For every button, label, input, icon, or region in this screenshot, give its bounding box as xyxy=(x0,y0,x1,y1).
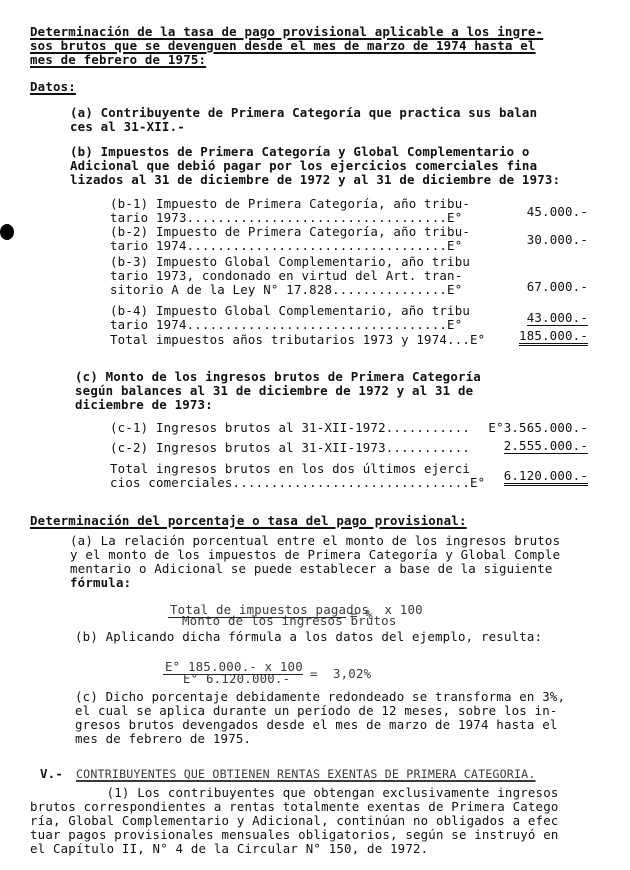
text-line: (b-1) Impuesto de Primera Categoría, año… xyxy=(110,197,470,211)
total-amount: 6.120.000.- xyxy=(504,469,588,486)
text-line: (1) Los contribuyentes que obtengan excl… xyxy=(30,786,559,800)
text-line: tario 1973, condonado en virtud del Art.… xyxy=(110,269,462,283)
text-line: (b) Impuestos de Primera Categoría y Glo… xyxy=(70,145,530,159)
text-line: mes de febrero de 1975. xyxy=(75,732,251,746)
text-line: y el monto de los impuestos de Primera C… xyxy=(70,548,560,562)
title-line: Determinación de la tasa de pago provisi… xyxy=(30,25,543,39)
text-line: (a) Contribuyente de Primera Categoría q… xyxy=(70,106,537,120)
text-line: sitorio A de la Ley N° 17.828...........… xyxy=(110,283,462,297)
text-line: gresos brutos devengados desde el mes de… xyxy=(75,718,558,732)
document-page: Determinación de la tasa de pago provisi… xyxy=(0,0,630,870)
text-line: mentario o Adicional se puede establecer… xyxy=(70,562,553,576)
text-line: diciembre de 1973: xyxy=(75,398,213,412)
text-line: (c-1) Ingresos brutos al 31-XII-1972....… xyxy=(110,421,470,435)
text-line: cios comerciales........................… xyxy=(110,476,485,490)
text-line: tario 1974..............................… xyxy=(110,239,462,253)
binder-hole-mark xyxy=(0,224,14,240)
text-line: el cual se aplica durante un período de … xyxy=(75,704,558,718)
text-line: fórmula: xyxy=(70,576,131,590)
text-line: el Capítulo II, N° 4 de la Circular N° 1… xyxy=(30,842,428,856)
section-heading: Determinación del porcentaje o tasa del … xyxy=(30,514,467,528)
text-line: (b-3) Impuesto Global Complementario, añ… xyxy=(110,255,470,269)
section-heading: CONTRIBUYENTES QUE OBTIENEN RENTAS EXENT… xyxy=(76,767,536,781)
title-line: sos brutos que se devenguen desde el mes… xyxy=(30,39,536,53)
formula-result: = % xyxy=(350,608,373,622)
amount: 67.000.- xyxy=(527,280,588,294)
total-amount: 185.000.- xyxy=(519,329,588,346)
text-line: según balances al 31 de diciembre de 197… xyxy=(75,384,473,398)
text-line: Adicional que debió pagar por los ejerci… xyxy=(70,159,537,173)
amount: 43.000.- xyxy=(527,311,588,326)
example-result: = 3,02% xyxy=(310,667,371,681)
datos-heading: Datos: xyxy=(30,80,76,94)
text-line: (b-2) Impuesto de Primera Categoría, año… xyxy=(110,225,470,239)
amount: 2.555.000.- xyxy=(504,439,588,454)
amount: E°3.565.000.- xyxy=(488,421,588,435)
text-line: ría, Global Complementario y Adicional, … xyxy=(30,814,559,828)
total-label: Total impuestos años tributarios 1973 y … xyxy=(110,333,485,347)
text-line: (c) Dicho porcentaje debidamente redonde… xyxy=(75,690,565,704)
text-line: (c) Monto de los ingresos brutos de Prim… xyxy=(75,370,481,384)
text-line: (b-4) Impuesto Global Complementario, añ… xyxy=(110,304,470,318)
text-line: (a) La relación porcentual entre el mont… xyxy=(70,534,560,548)
title-line: mes de febrero de 1975: xyxy=(30,53,206,67)
text-line: lizados al 31 de diciembre de 1972 y al … xyxy=(70,173,560,187)
text-line: brutos correspondientes a rentas totalme… xyxy=(30,800,559,814)
amount: 30.000.- xyxy=(527,233,588,247)
amount: 45.000.- xyxy=(527,205,588,219)
text-line: (c-2) Ingresos brutos al 31-XII-1973....… xyxy=(110,441,470,455)
determinacion-item-b: (b) Aplicando dicha fórmula a los datos … xyxy=(75,630,542,644)
section-number: V.- xyxy=(40,767,63,781)
text-line: Total ingresos brutos en los dos últimos… xyxy=(110,462,470,476)
text-line: tario 1974..............................… xyxy=(110,318,462,332)
example-denominator: E° 6.120.000.- xyxy=(183,672,290,686)
text-line: ces al 31-XII.- xyxy=(70,120,185,134)
text-line: tario 1973..............................… xyxy=(110,211,462,225)
text-line: tuar pagos provisionales mensuales oblig… xyxy=(30,828,559,842)
